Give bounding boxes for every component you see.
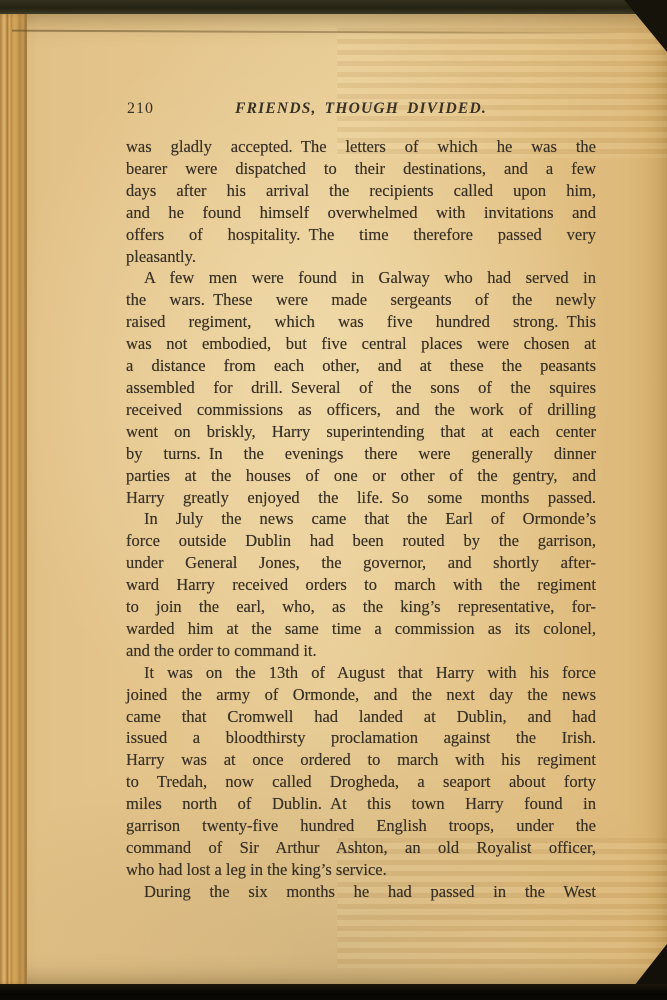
body-text: was gladly accepted. The letters of whic… (126, 136, 596, 903)
text-line: assembled for drill. Several of the sons… (126, 377, 596, 399)
text-line: During the six months he had passed in t… (126, 881, 596, 903)
text-line: joined the army of Ormonde, and the next… (126, 684, 596, 706)
scanned-book-photo: 210 FRIENDS, THOUGH DIVIDED. was gladly … (0, 0, 667, 1000)
text-line: came that Cromwell had landed at Dublin,… (126, 706, 596, 728)
text-line: A few men were found in Galway who had s… (126, 267, 596, 289)
text-line: warded him at the same time a commission… (126, 618, 596, 640)
page-number: 210 (127, 100, 154, 118)
text-line: to Tredah, now called Drogheda, a seapor… (126, 771, 596, 793)
text-line: parties at the houses of one or other of… (126, 465, 596, 487)
running-title: FRIENDS, THOUGH DIVIDED. (126, 100, 596, 118)
text-line: and the order to command it. (126, 640, 596, 662)
text-line: It was on the 13th of August that Harry … (126, 662, 596, 684)
text-line: In July the news came that the Earl of O… (126, 508, 596, 530)
text-line: under General Jones, the governor, and s… (126, 552, 596, 574)
text-line: and he found himself overwhelmed with in… (126, 202, 596, 224)
text-line: who had lost a leg in the king’s service… (126, 859, 596, 881)
text-line: raised regiment, which was five hundred … (126, 311, 596, 333)
text-line: to join the earl, who, as the king’s rep… (126, 596, 596, 618)
text-line: issued a bloodthirsty proclamation again… (126, 727, 596, 749)
text-line: command of Sir Arthur Ashton, an old Roy… (126, 837, 596, 859)
page-content: 210 FRIENDS, THOUGH DIVIDED. was gladly … (126, 100, 596, 903)
text-line: ward Harry received orders to march with… (126, 574, 596, 596)
text-line: was gladly accepted. The letters of whic… (126, 136, 596, 158)
page-gutter-edge (0, 14, 27, 984)
book-cover-top-edge (0, 0, 667, 14)
text-line: a distance from each other, and at these… (126, 355, 596, 377)
page-header: 210 FRIENDS, THOUGH DIVIDED. (126, 100, 596, 118)
text-line: force outside Dublin had been routed by … (126, 530, 596, 552)
text-line: was not embodied, but five central place… (126, 333, 596, 355)
text-line: days after his arrival the recipients ca… (126, 180, 596, 202)
text-line: by turns. In the evenings there were gen… (126, 443, 596, 465)
text-line: offers of hospitality. The time therefor… (126, 224, 596, 246)
book-cover-bottom-edge (0, 984, 667, 1000)
text-line: Harry was at once ordered to march with … (126, 749, 596, 771)
text-line: bearer were dispatched to their destinat… (126, 158, 596, 180)
text-line: garrison twenty-five hundred English tro… (126, 815, 596, 837)
text-line: received commissions as officers, and th… (126, 399, 596, 421)
text-line: pleasantly. (126, 246, 596, 268)
book-page: 210 FRIENDS, THOUGH DIVIDED. was gladly … (0, 14, 667, 984)
text-line: the wars. These were made sergeants of t… (126, 289, 596, 311)
text-line: miles north of Dublin. At this town Harr… (126, 793, 596, 815)
text-line: Harry greatly enjoyed the life. So some … (126, 487, 596, 509)
text-line: went on briskly, Harry superintending th… (126, 421, 596, 443)
